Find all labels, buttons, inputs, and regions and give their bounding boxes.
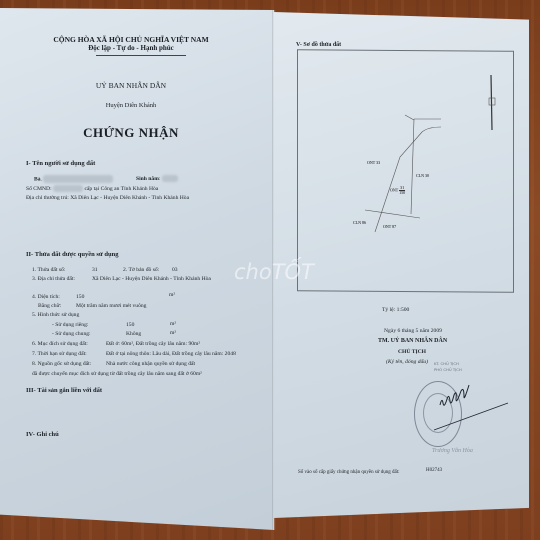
sign-note: (Ký tên, đóng dấu) (386, 359, 428, 365)
purpose-value: Đất ở: 60m², Đất trồng cây lâu năm: 90m² (106, 341, 200, 347)
map-label-east: CLN 30 (416, 173, 429, 178)
area-words-label: Bằng chữ: (38, 303, 61, 309)
shared-use-label: - Sử dụng chung: (52, 331, 91, 337)
area-label: 4. Diện tích: (32, 294, 60, 300)
seal-emblem (423, 393, 453, 433)
area-words-value: Một trăm năm mươi mét vuông (76, 303, 146, 309)
map-label-southwest: CLN 86 (353, 220, 366, 225)
section-4-heading: IV- Ghi chú (26, 431, 59, 438)
redacted-birth-year (162, 175, 178, 182)
parcel-address-label: 3. Địa chỉ thửa đất: (32, 276, 75, 282)
watermark-logo: choTỐT (234, 260, 314, 284)
shared-use-value: Không (126, 331, 141, 337)
section-2-heading: II- Thửa đất được quyền sử dụng (26, 251, 119, 258)
registry-label: Số vào sổ cấp giấy chứng nhận quyền sử d… (298, 470, 400, 475)
motto: Độc lập - Tự do - Hạnh phúc (0, 44, 266, 52)
authority-name: UỶ BAN NHÂN DÂN (0, 81, 266, 90)
parcel-number: 31 (92, 267, 98, 273)
main-parcel-type: ONT (390, 187, 398, 192)
signer-organization: TM. UỶ BAN NHÂN DÂN (378, 338, 447, 344)
birth-label: Sinh năm (136, 176, 159, 182)
map-label-north: ONT 33 (367, 160, 380, 165)
document-title: CHỨNG NHẬN (0, 125, 266, 141)
stamp-note-2: PHÓ CHỦ TỊCH (434, 367, 462, 372)
term-label: 7. Thời hạn sử dụng đất: (32, 351, 87, 357)
stamp-note-1: KT. CHỦ TỊCH (434, 361, 459, 366)
birth-year-row: Sinh năm: (136, 175, 178, 182)
map-label-south: ONT 87 (383, 224, 396, 229)
address-row: Địa chỉ thường trú: Xã Diên Lạc - Huyện … (26, 195, 189, 201)
origin-value: Nhà nước công nhận quyền sử dụng đất (106, 361, 195, 367)
private-use-label: - Sử dụng riêng: (52, 322, 88, 328)
main-parcel-area: 150 (399, 191, 405, 195)
id-label: Số CMND (26, 186, 50, 192)
origin-note: đã được chuyển mục đích sử dụng từ đất t… (32, 371, 202, 377)
section-5-heading: V- Sơ đồ thửa đất (296, 42, 341, 48)
name-label: Bà (34, 176, 41, 182)
term-value: Đất ở tại nông thôn: Lâu dài, Đất trồng … (106, 351, 236, 357)
issue-date: Ngày 6 tháng 5 năm 2009 (384, 328, 442, 334)
origin-label: 8. Nguồn gốc sử dụng đất: (32, 361, 91, 367)
purpose-label: 6. Mục đích sử dụng đất: (32, 341, 88, 347)
district-name: Huyện Diên Khánh (0, 102, 266, 109)
usage-form-label: 5. Hình thức sử dụng (32, 312, 79, 318)
certificate-left-page: CỘNG HÒA XÃ HỘI CHỦ NGHĨA VIỆT NAM Độc l… (0, 8, 274, 530)
id-issued: cấp tại Công an Tỉnh Khánh Hòa (84, 186, 158, 192)
header-divider (96, 55, 186, 56)
nation-header: CỘNG HÒA XÃ HỘI CHỦ NGHĨA VIỆT NAM (0, 35, 266, 44)
signer-title: CHỦ TỊCH (398, 349, 426, 355)
area-unit: m² (169, 292, 175, 298)
area-value: 150 (76, 294, 84, 300)
parcel-map-frame (297, 49, 514, 293)
private-use-value: 150 (126, 322, 134, 328)
map-sheet-number: 03 (172, 267, 178, 273)
private-use-unit: m² (170, 321, 176, 327)
main-parcel-fraction: 31 150 (399, 186, 405, 195)
map-scale: Tỷ lệ: 1:500 (382, 307, 409, 313)
map-sheet-label: 2. Tờ bản đồ số: (123, 267, 159, 273)
section-1-heading: I- Tên người sử dụng đất (26, 160, 95, 167)
id-row: Số CMND: cấp tại Công an Tỉnh Khánh Hòa (26, 185, 158, 192)
parcel-address-value: Xã Diên Lạc - Huyện Diên Khánh - Tỉnh Kh… (92, 276, 211, 282)
official-seal (414, 381, 462, 447)
redacted-name (43, 175, 113, 183)
registry-number: H02743 (426, 468, 442, 473)
owner-name-row: Bà. (34, 175, 113, 183)
redacted-id (53, 185, 83, 192)
parcel-label: 1. Thửa đất số: (32, 267, 65, 273)
section-3-heading: III- Tài sản gắn liền với đất (26, 387, 102, 394)
map-label-main-parcel: ONT 31 150 (390, 186, 405, 195)
shared-use-unit: m² (170, 330, 176, 336)
signer-name: Trương Văn Hòa (432, 448, 473, 454)
